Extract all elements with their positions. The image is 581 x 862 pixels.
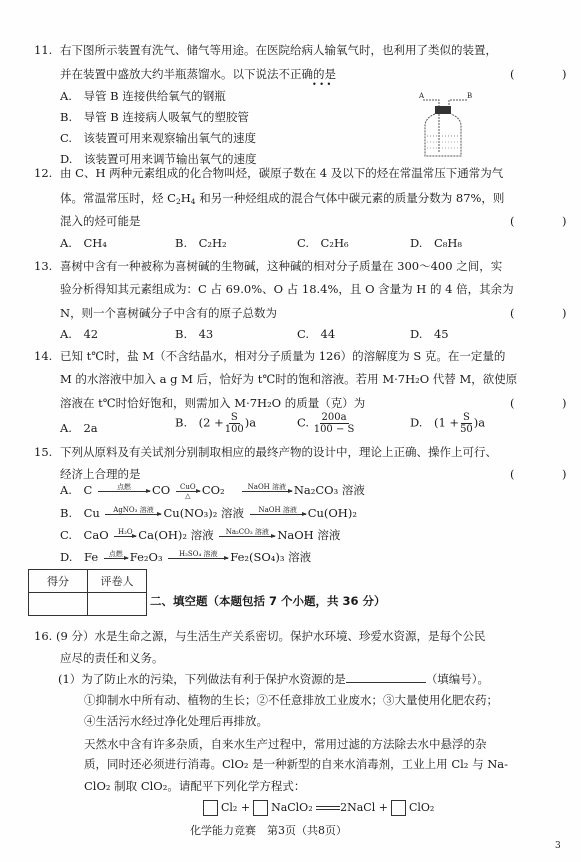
reaction-arrow: H₂SO₄ 溶液 <box>168 550 228 567</box>
arrow-below-label: △ <box>185 492 190 500</box>
q14-line1: 已知 t℃时，盐 M（不含结晶水，相对分子质量为 126）的溶解度为 S 克。在… <box>60 348 505 364</box>
reaction-arrow: 点燃 <box>104 550 128 567</box>
q11-option-c: C. 该装置可用来观察输出氧气的速度 <box>60 130 256 146</box>
score-table: 得分 评卷人 <box>28 569 147 616</box>
q13-number: 13. <box>34 258 52 274</box>
q12-answer-paren: ( ) <box>510 213 581 229</box>
reaction-arrow: NaOH 溶液 <box>250 506 306 523</box>
q14-answer-paren: ( ) <box>510 395 581 411</box>
eq-term3: 2NaCl + <box>340 801 388 814</box>
q14-line2: M 的水溶液中加入 a g M 后，恰好为 t℃时的饱和溶液。若用 M·7H₂O… <box>60 371 517 387</box>
q12-line2-post: 和另一种烃组成的混合气体中碳元素的质量分数为 87%，则 <box>199 191 504 205</box>
q14-c-den: 100 − S <box>314 424 355 435</box>
q15-line1: 下列从原料及有关试剂分别制取相应的最终产物的设计中，理论上正确、操作上可行、 <box>60 444 497 460</box>
figure-label-a: A <box>418 92 425 100</box>
q15-c-label: C. <box>60 528 72 542</box>
q13-answer-paren: ( ) <box>510 305 581 321</box>
q15-number: 15. <box>34 444 52 460</box>
q12-number: 12. <box>34 165 52 181</box>
section2-title: 二、填空题（本题包括 7 个小题，共 36 分） <box>150 593 386 609</box>
q14-d-pre: D. (1 + <box>410 416 459 430</box>
q16-line1: (9 分）水是生命之源，与生活生产关系密切。保护水环境、珍爱水资源，是每个公民 <box>56 628 485 644</box>
q13-option-a: A. 42 <box>60 326 98 342</box>
q13-line2: 验分析得知其元素组成为：C 占 69.0%、O 占 18.4%，且 O 含量为 … <box>60 281 514 297</box>
q14-b-pre: B. (2 + <box>175 416 224 430</box>
q12-option-d: D. C₈H₈ <box>410 235 462 251</box>
q14-d-fraction: S50 <box>460 412 473 435</box>
reaction-arrow: AgNO₃ 溶液 <box>105 506 161 523</box>
arrow-label: NaOH 溶液 <box>259 506 297 514</box>
q15-option-b: B. Cu AgNO₃ 溶液Cu(NO₃)₂ 溶液 NaOH 溶液Cu(OH)₂ <box>60 505 357 523</box>
q14-number: 14. <box>34 348 52 364</box>
q11-line1: 右下图所示装置有洗气、储气等用途。在医院给病人输氧气时，也利用了类似的装置， <box>60 42 497 58</box>
eq-term1: Cl₂ + <box>221 801 250 814</box>
q14-option-d: D. (1 +S50)a <box>410 412 485 435</box>
q13-option-d: D. 45 <box>410 326 449 342</box>
page-footer: 化学能力竞赛 第3页（共8页） <box>190 823 347 839</box>
page-number: 3 <box>555 838 561 854</box>
reaction-arrow: 点燃 <box>98 483 150 500</box>
q13-option-c: C. 44 <box>297 326 335 342</box>
q13-line1: 喜树中含有一种被称为喜树碱的生物碱，这种碱的相对分子质量在 300～400 之间… <box>60 258 502 274</box>
q16-sub1-pre: (1）为了防止水的污染，下列做法有利于保护水资源的是 <box>58 672 346 686</box>
q14-b-fraction: S100 <box>225 412 244 435</box>
q11-number: 11. <box>34 42 52 58</box>
equals-sign <box>316 806 340 810</box>
q16-para3: ClO₂ 制取 ClO₂。请配平下列化学方程式： <box>84 778 305 794</box>
q15-b-s2: Cu(NO₃)₂ 溶液 <box>163 506 244 520</box>
q12-option-c: C. C₂H₆ <box>297 235 349 251</box>
arrow-label: AgNO₃ 溶液 <box>113 506 153 514</box>
q15-c-s1: CaO <box>84 528 109 542</box>
coefficient-box[interactable] <box>203 800 218 816</box>
q15-d-label: D. <box>60 550 72 564</box>
reaction-arrow: CuO△ <box>176 483 200 500</box>
q15-a-s1: C <box>83 483 92 497</box>
q14-c-fraction: 200a100 − S <box>314 412 355 435</box>
q15-option-d: D. Fe 点燃Fe₂O₃ H₂SO₄ 溶液Fe₂(SO₄)₃ 溶液 <box>60 549 311 567</box>
q11-option-a: A. 导管 B 连接供给氧气的钢瓶 <box>60 88 226 104</box>
q15-option-c: C. CaO H₂OCa(OH)₂ 溶液 Na₂CO₃ 溶液NaOH 溶液 <box>60 527 340 545</box>
q13-option-b: B. 43 <box>175 326 213 342</box>
grader-header: 评卷人 <box>88 570 147 593</box>
q14-c-num: 200a <box>320 412 349 424</box>
q15-b-label: B. <box>60 506 72 520</box>
q14-d-post: )a <box>474 416 485 430</box>
q11-line2: 并在装置中盛放大约半瓶蒸馏水。以下说法不正确的是 <box>60 66 336 82</box>
q11-answer-paren: ( ) <box>510 66 581 82</box>
q12-line3: 混入的烃可能是 <box>60 213 141 229</box>
q16-sub1-post: （填编号）。 <box>426 672 489 686</box>
score-header: 得分 <box>29 570 88 593</box>
q15-a-s4: Na₂CO₃ 溶液 <box>294 483 365 497</box>
arrow-label: Na₂CO₃ 溶液 <box>226 528 269 536</box>
q14-option-b: B. (2 +S100)a <box>175 412 256 435</box>
q15-d-s1: Fe <box>84 550 98 564</box>
reaction-arrow: H₂O <box>114 528 136 545</box>
reaction-arrow: Na₂CO₃ 溶液 <box>219 528 275 545</box>
arrow-label: H₂SO₄ 溶液 <box>179 550 217 558</box>
arrow-label: 点燃 <box>109 550 123 558</box>
arrow-label: 点燃 <box>117 483 131 491</box>
figure-label-b: B <box>467 92 472 100</box>
q14-option-a: A. 2a <box>60 420 98 436</box>
q11-option-b: B. 导管 B 连接病人吸氧气的塑胶管 <box>60 109 249 125</box>
answer-blank[interactable] <box>346 670 426 683</box>
emphasis-dots: • • • <box>312 80 331 89</box>
arrow-label: NaOH 溶液 <box>248 483 286 491</box>
q13-line3: N，则一个喜树碱分子中含有的原子总数为 <box>60 305 277 321</box>
eq-term2: NaClO₂ <box>271 801 313 814</box>
q14-c-pre: C. <box>297 416 309 430</box>
coefficient-box[interactable] <box>253 800 268 816</box>
q14-option-c: C. 200a100 − S <box>297 412 355 435</box>
eq-term4: ClO₂ <box>409 801 434 814</box>
q15-d-s3: Fe₂(SO₄)₃ 溶液 <box>230 550 311 564</box>
q15-c-s3: NaOH 溶液 <box>277 528 340 542</box>
q15-c-s2: Ca(OH)₂ 溶液 <box>138 528 213 542</box>
q16-para2: 质，同时还必须进行消毒。ClO₂ 是一种新型的自来水消毒剂，工业上用 Cl₂ 与… <box>84 756 508 772</box>
q12-line1: 由 C、H 两种元素组成的化合物叫烃，碳原子数在 4 及以下的烃在常温常压下通常… <box>60 165 503 181</box>
q14-b-post: )a <box>245 416 256 430</box>
arrow-label: H₂O <box>118 528 133 536</box>
q14-b-den: 100 <box>225 424 244 435</box>
q12-option-a: A. CH₄ <box>60 235 107 251</box>
balance-equation: Cl₂ +NaClO₂ 2NaCl +ClO₂ <box>200 800 434 816</box>
q16-items2: ④生活污水经过净化处理后再排放。 <box>84 713 268 729</box>
q15-b-s1: Cu <box>84 506 100 520</box>
gas-washing-bottle-figure: A B <box>415 90 475 160</box>
q12-option-b: B. C₂H₂ <box>175 235 227 251</box>
arrow-label: CuO <box>180 483 196 491</box>
q14-b-num: S <box>229 412 240 424</box>
q12-line2-pre: 体。常温常压时，烃 C <box>60 191 176 205</box>
q15-option-a: A. C 点燃CO CuO△CO₂ NaOH 溶液Na₂CO₃ 溶液 <box>60 482 365 500</box>
coefficient-box[interactable] <box>391 800 406 816</box>
q15-a-s3: CO₂ <box>202 483 225 497</box>
q15-line2: 经济上合理的是 <box>60 466 141 482</box>
q16-line2: 应尽的责任和义务。 <box>60 650 164 666</box>
grader-cell[interactable] <box>88 593 147 616</box>
q14-d-den: 50 <box>460 424 473 435</box>
q14-d-num: S <box>461 412 472 424</box>
score-cell[interactable] <box>29 593 88 616</box>
q12-line2: 体。常温常压时，烃 C2H4 和另一种烃组成的混合气体中碳元素的质量分数为 87… <box>60 190 504 206</box>
q15-b-s3: Cu(OH)₂ <box>308 506 357 520</box>
q14-line3: 溶液在 t℃时恰好饱和，则需加入 M·7H₂O 的质量（克）为 <box>60 395 365 411</box>
q15-d-s2: Fe₂O₃ <box>130 550 163 564</box>
reaction-arrow: NaOH 溶液 <box>242 483 292 500</box>
q15-a-s2: CO <box>152 483 170 497</box>
q15-a-label: A. <box>60 483 72 497</box>
q16-sub1: (1）为了防止水的污染，下列做法有利于保护水资源的是（填编号）。 <box>58 670 489 687</box>
q15-answer-paren: ( ) <box>510 466 581 482</box>
q16-items1: ①抑制水中所有动、植物的生长；②不任意排放工业废水；③大量使用化肥农药； <box>84 692 498 708</box>
q16-number: 16. <box>34 628 52 644</box>
q16-para1: 天然水中含有许多杂质，自来水生产过程中，常用过滤的方法除去水中悬浮的杂 <box>84 736 487 752</box>
